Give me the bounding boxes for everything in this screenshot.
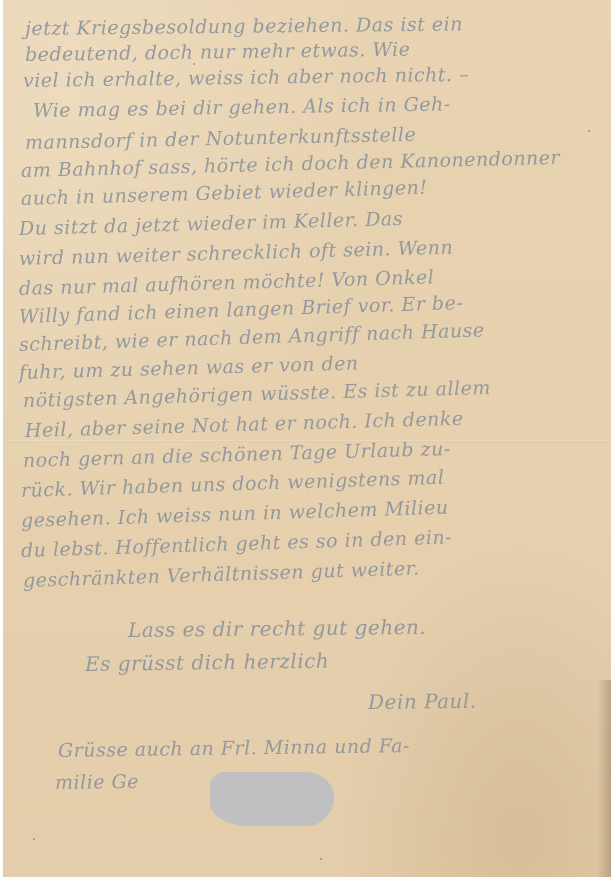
- letter-line: geschränkten Verhältnissen gut weiter.: [23, 558, 420, 592]
- letter-line: rück. Wir haben uns doch wenigstens mal: [21, 467, 445, 502]
- letter-line: gesehen. Ich weiss nun in welchem Milieu: [21, 497, 449, 532]
- letter-line: nötigsten Angehörigen wüsste. Es ist zu …: [23, 377, 491, 412]
- letter-line: fuhr, um zu sehen was er von den: [19, 353, 359, 384]
- letter-line: wird nun weiter schrecklich oft sein. We…: [19, 237, 454, 270]
- letter-line: viel ich erhalte, weiss ich aber noch ni…: [23, 64, 469, 92]
- letter-line: auch in unserem Gebiet wieder klingen!: [21, 177, 428, 210]
- signature: Dein Paul.: [368, 689, 477, 714]
- edge-stain: [597, 680, 611, 877]
- letter-line: Wie mag es bei dir gehen. Als ich in Geh…: [33, 93, 451, 122]
- letter-line: Du sitzt da jetzt wieder im Keller. Das: [19, 208, 404, 240]
- postscript-line: milie Ge: [55, 771, 139, 794]
- letter-line: du lebst. Hoffentlich geht es so in den …: [21, 526, 453, 562]
- closing-line: Es grüsst dich herzlich: [85, 649, 330, 676]
- paper-speck: [320, 858, 322, 860]
- letter-line: Heil, aber seine Not hat er noch. Ich de…: [25, 408, 464, 442]
- letter-page: jetzt Kriegsbesoldung beziehen. Das ist …: [3, 0, 611, 877]
- letter-line: noch gern an die schönen Tage Urlaub zu-: [23, 438, 451, 472]
- redaction-blob: [210, 772, 334, 826]
- paper-speck: [588, 130, 590, 132]
- letter-line: mannsdorf in der Notunterkunftsstelle: [25, 124, 417, 154]
- closing-line: Lass es dir recht gut gehen.: [128, 615, 426, 642]
- letter-line: jetzt Kriegsbesoldung beziehen. Das ist …: [25, 13, 463, 40]
- paper-speck: [33, 838, 35, 840]
- letter-line: bedeutend, doch nur mehr etwas. Wie: [25, 39, 411, 66]
- postscript-line: Grüsse auch an Frl. Minna und Fa-: [58, 735, 410, 762]
